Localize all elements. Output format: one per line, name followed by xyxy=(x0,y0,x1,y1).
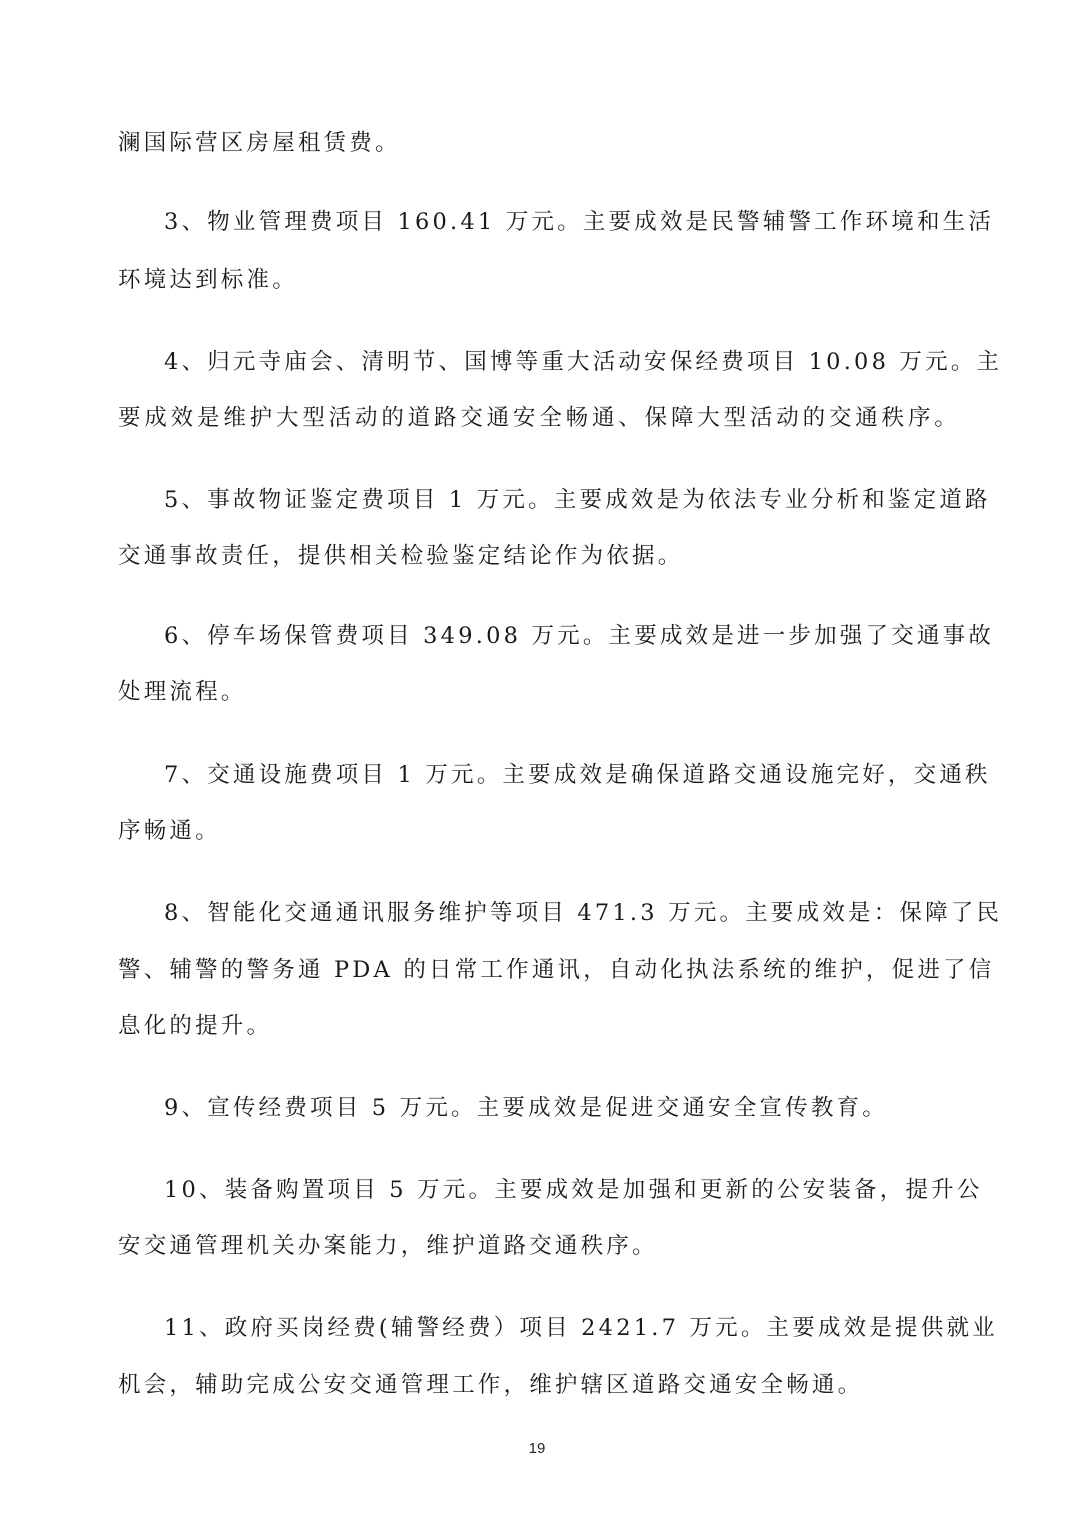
paragraph-line: 序畅通。 xyxy=(118,816,960,846)
paragraph-line: 8、智能化交通通讯服务维护等项目 471.3 万元。主要成效是：保障了民 xyxy=(164,898,960,928)
paragraph-line: 5、事故物证鉴定费项目 1 万元。主要成效是为依法专业分析和鉴定道路 xyxy=(164,485,960,515)
paragraph-line: 要成效是维护大型活动的道路交通安全畅通、保障大型活动的交通秩序。 xyxy=(118,403,960,433)
paragraph-line: 交通事故责任，提供相关检验鉴定结论作为依据。 xyxy=(118,541,960,571)
paragraph-line: 处理流程。 xyxy=(118,677,960,707)
paragraph-line: 安交通管理机关办案能力，维护道路交通秩序。 xyxy=(118,1231,960,1261)
paragraph-line: 警、辅警的警务通 PDA 的日常工作通讯，自动化执法系统的维护，促进了信 xyxy=(118,955,960,985)
paragraph-line: 9、宣传经费项目 5 万元。主要成效是促进交通安全宣传教育。 xyxy=(164,1093,960,1123)
document-page: 澜国际营区房屋租赁费。 3、物业管理费项目 160.41 万元。主要成效是民警辅… xyxy=(0,0,1074,1520)
paragraph-line: 10、装备购置项目 5 万元。主要成效是加强和更新的公安装备，提升公 xyxy=(164,1175,960,1205)
paragraph-line: 环境达到标准。 xyxy=(118,265,960,295)
paragraph-line: 4、归元寺庙会、清明节、国博等重大活动安保经费项目 10.08 万元。主 xyxy=(164,347,960,377)
page-number: 19 xyxy=(0,1440,1074,1457)
paragraph-line: 3、物业管理费项目 160.41 万元。主要成效是民警辅警工作环境和生活 xyxy=(164,207,960,237)
paragraph-line: 息化的提升。 xyxy=(118,1011,960,1041)
paragraph-line: 11、政府买岗经费(辅警经费）项目 2421.7 万元。主要成效是提供就业 xyxy=(164,1313,960,1343)
paragraph-line: 6、停车场保管费项目 349.08 万元。主要成效是进一步加强了交通事故 xyxy=(164,621,960,651)
paragraph-line: 7、交通设施费项目 1 万元。主要成效是确保道路交通设施完好，交通秩 xyxy=(164,760,960,790)
paragraph-line: 机会，辅助完成公安交通管理工作，维护辖区道路交通安全畅通。 xyxy=(118,1370,960,1400)
paragraph-line: 澜国际营区房屋租赁费。 xyxy=(118,128,960,158)
